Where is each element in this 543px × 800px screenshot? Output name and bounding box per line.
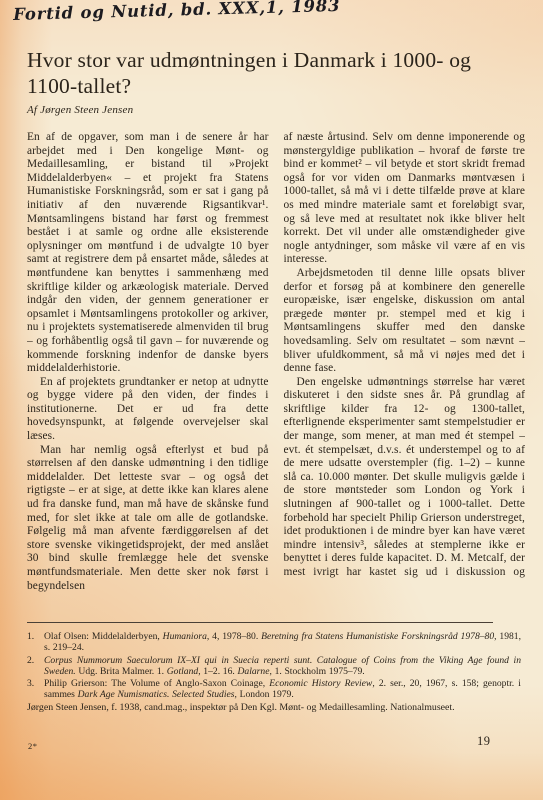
footnote-number: 3. [27, 678, 44, 701]
article-body: En af de opgaver, som man i de senere år… [27, 131, 525, 621]
body-paragraph: En af projektets grundtanker er netop at… [27, 376, 269, 444]
article-title: Hvor stor var udmøntningen i Danmark i 1… [27, 47, 517, 99]
footnote-text: Philip Grierson: The Volume of Anglo-Sax… [44, 678, 521, 701]
page-number: 19 [477, 734, 491, 749]
body-paragraph: En af de opgaver, som man i de senere år… [27, 131, 269, 376]
footnote-text: Corpus Nummorum Saeculorum IX–XI qui in … [44, 655, 521, 678]
author-bio: Jørgen Steen Jensen, f. 1938, cand.mag.,… [27, 702, 521, 714]
footnote: 1.Olaf Olsen: Middelalderbyen, Humaniora… [27, 631, 521, 654]
footnotes-block: 1.Olaf Olsen: Middelalderbyen, Humaniora… [27, 631, 521, 702]
signature-mark: 2* [28, 741, 38, 751]
body-paragraph: af næste årtusind. Selv om denne imponer… [284, 131, 526, 267]
left-column: En af de opgaver, som man i de senere år… [27, 131, 269, 621]
body-paragraph: Arbejdsmetoden til denne lille opsats bl… [284, 267, 526, 376]
handwritten-annotation: Fortid og Nutid, bd. XXX,1, 1983 [13, 0, 341, 24]
right-column: af næste årtusind. Selv om denne imponer… [284, 131, 526, 621]
body-paragraph: Den engelske udmøntnings størrelse har v… [284, 376, 526, 580]
footnote-number: 2. [27, 655, 44, 678]
footnote-divider [27, 622, 493, 623]
footnote: 2.Corpus Nummorum Saeculorum IX–XI qui i… [27, 655, 521, 678]
journal-page: Fortid og Nutid, bd. XXX,1, 1983 Hvor st… [0, 0, 543, 800]
footnote-text: Olaf Olsen: Middelalderbyen, Humaniora, … [44, 631, 521, 654]
footnote-number: 1. [27, 631, 44, 654]
article-byline: Af Jørgen Steen Jensen [27, 104, 133, 116]
body-paragraph: Man har nemlig også efterlyst et bud på … [27, 444, 269, 594]
footnote: 3.Philip Grierson: The Volume of Anglo-S… [27, 678, 521, 701]
